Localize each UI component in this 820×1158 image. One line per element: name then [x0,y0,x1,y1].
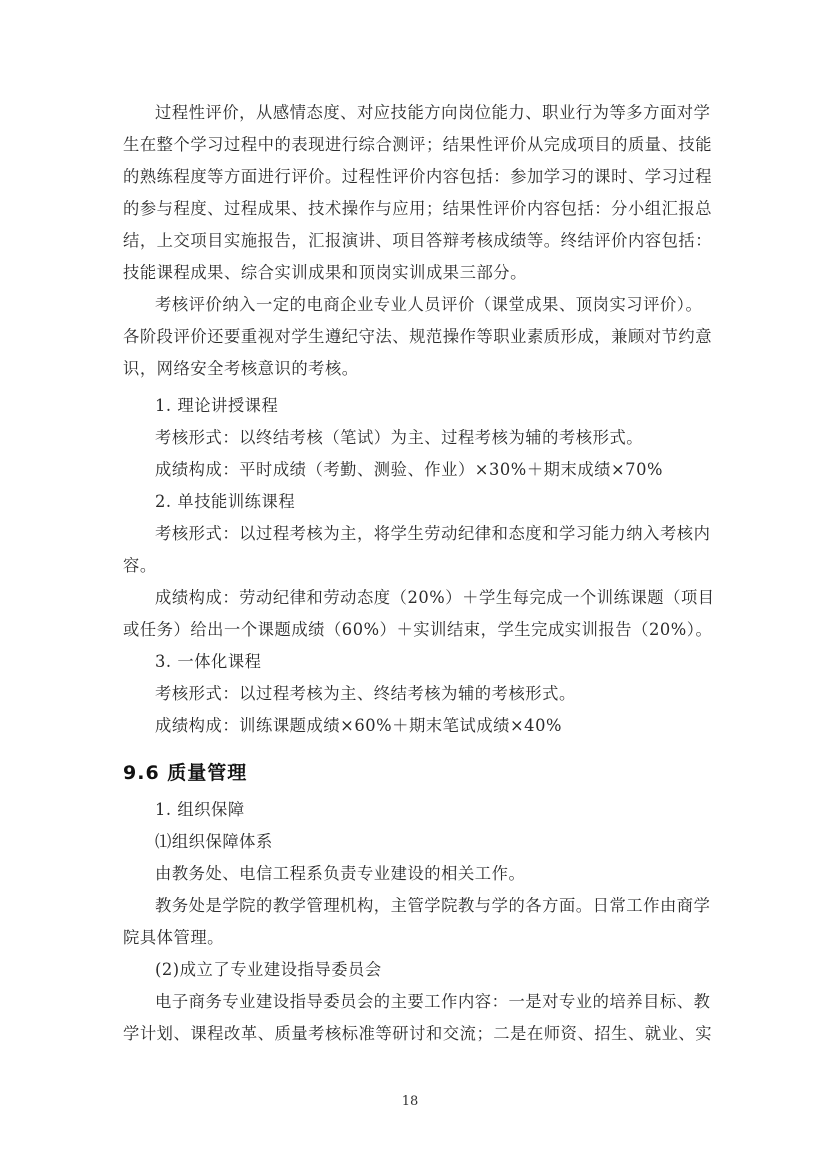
paragraph-line: 成绩构成：平时成绩（考勤、测验、作业）×30%＋期末成绩×70% [155,460,703,480]
paragraph-line: 考核形式：以过程考核为主，将学生劳动纪律和态度和学习能力纳入考核内 [155,524,703,544]
paragraph-line: 院具体管理。 [123,928,703,948]
paragraph-line: 教务处是学院的教学管理机构，主管学院教与学的各方面。日常工作由商学 [155,896,703,916]
subsection-title: 2. 单技能训练课程 [155,492,703,512]
paragraph-line: 成绩构成：劳动纪律和劳动态度（20%）＋学生每完成一个训练课题（项目 [155,588,703,608]
page-number: 18 [0,1094,820,1109]
paragraph-line: 容。 [123,556,703,576]
paragraph-line: 的参与程度、过程成果、技术操作与应用；结果性评价内容包括：分小组汇报总 [123,199,703,219]
paragraph-line: 考核形式：以过程考核为主、终结考核为辅的考核形式。 [155,684,703,704]
paragraph-line: 由教务处、电信工程系负责专业建设的相关工作。 [155,864,703,884]
paragraph-line: 考核形式：以终结考核（笔试）为主、过程考核为辅的考核形式。 [155,428,703,448]
paragraph-line: 学计划、课程改革、质量考核标准等研讨和交流；二是在师资、招生、就业、实 [123,1024,703,1044]
paragraph-line: 生在整个学习过程中的表现进行综合测评；结果性评价从完成项目的质量、技能 [123,135,703,155]
section-heading: 9.6 质量管理 [123,758,247,785]
subsection-title: (2)成立了专业建设指导委员会 [155,960,703,980]
subsection-title: 3. 一体化课程 [155,652,703,672]
subsection-title: 1. 理论讲授课程 [155,396,703,416]
paragraph-line: 成绩构成：训练课题成绩×60%＋期末笔试成绩×40% [155,716,703,736]
paragraph-line: 考核评价纳入一定的电商企业专业人员评价（课堂成果、顶岗实习评价）。 [155,295,703,315]
paragraph-line: 过程性评价，从感情态度、对应技能方向岗位能力、职业行为等多方面对学 [155,103,703,123]
subsection-title: ⑴组织保障体系 [155,832,703,852]
paragraph-line: 结，上交项目实施报告，汇报演讲、项目答辩考核成绩等。终结评价内容包括： [123,231,703,251]
paragraph-line: 或任务）给出一个课题成绩（60%）＋实训结束，学生完成实训报告（20%）。 [123,620,703,640]
paragraph-line: 识，网络安全考核意识的考核。 [123,359,703,379]
paragraph-line: 各阶段评价还要重视对学生遵纪守法、规范操作等职业素质形成，兼顾对节约意 [123,327,703,347]
subsection-title: 1. 组织保障 [155,800,703,820]
paragraph-line: 的熟练程度等方面进行评价。过程性评价内容包括：参加学习的课时、学习过程 [123,167,703,187]
paragraph-line: 电子商务专业建设指导委员会的主要工作内容：一是对专业的培养目标、教 [155,992,703,1012]
paragraph-line: 技能课程成果、综合实训成果和顶岗实训成果三部分。 [123,263,703,283]
